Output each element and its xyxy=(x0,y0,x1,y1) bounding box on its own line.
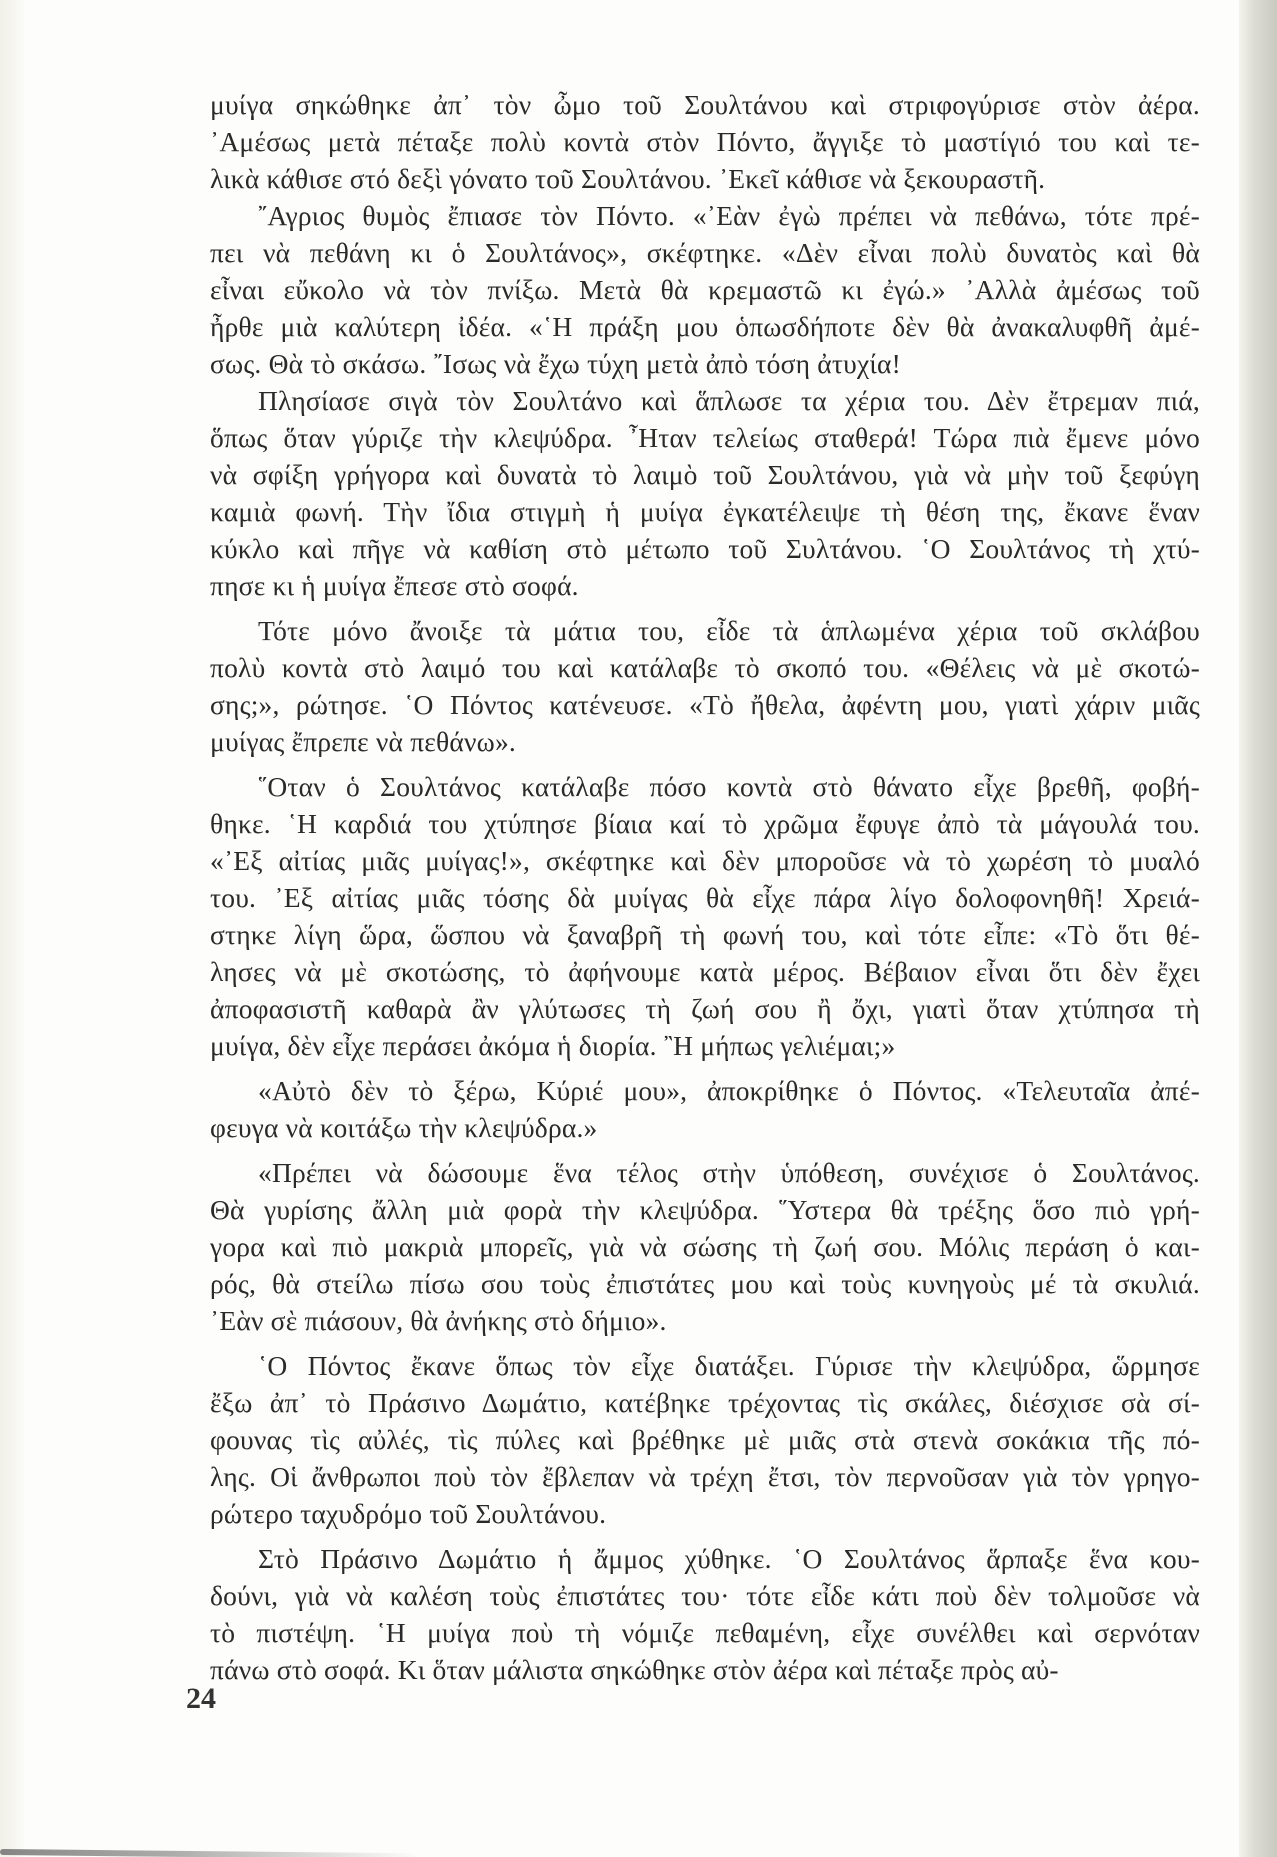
text-line: πολὺ κοντὰ στὸ λαιμό του καὶ κατάλαβε τὸ… xyxy=(210,649,1200,686)
text-line: ᾽Εὰν σὲ πιάσουν, θὰ ἀνήκης στὸ δήμιο». xyxy=(210,1302,1200,1339)
paragraph-gap xyxy=(210,1532,1200,1540)
text-line: ρός, θὰ στείλω πίσω σου τοὺς ἐπιστάτες μ… xyxy=(210,1265,1200,1302)
paragraph-gap xyxy=(210,604,1200,612)
text-line: ἀποφασιστῆ καθαρὰ ἂν γλύτωσες τὴ ζωή σου… xyxy=(210,990,1200,1027)
text-line: σως. Θὰ τὸ σκάσω. ῎Ισως νὰ ἔχω τύχη μετὰ… xyxy=(210,345,1200,382)
text-line: δούνι, γιὰ νὰ καλέση τοὺς ἐπιστάτες του·… xyxy=(210,1577,1200,1614)
text-line: φουνας τὶς αὐλές, τὶς πύλες καὶ βρέθηκε … xyxy=(210,1421,1200,1458)
text-line: ὅπως ὅταν γύριζε τὴν κλεψύδρα. ῏Ηταν τελ… xyxy=(210,419,1200,456)
paragraph: ῾Ο Πόντος ἔκανε ὅπως τὸν εἶχε διατάξει. … xyxy=(210,1347,1200,1532)
text-line: λης. Οἱ ἄνθρωποι ποὺ τὸν ἔβλεπαν νὰ τρέχ… xyxy=(210,1458,1200,1495)
paragraph: Πλησίασε σιγὰ τὸν Σουλτάνο καὶ ἅπλωσε τα… xyxy=(210,382,1200,604)
text-line: μυίγα, δὲν εἶχε περάσει ἀκόμα ἡ διορία. … xyxy=(210,1027,1200,1064)
paragraph: ῎Αγριος θυμὸς ἔπιασε τὸν Πόντο. «᾽Εὰν ἐγ… xyxy=(210,197,1200,382)
text-line: λικὰ κάθισε στό δεξὶ γόνατο τοῦ Σουλτάνο… xyxy=(210,160,1200,197)
paragraph-gap xyxy=(210,1146,1200,1154)
text-line: «Πρέπει νὰ δώσουμε ἕνα τέλος στὴν ὑπόθεσ… xyxy=(210,1154,1200,1191)
text-line: «᾽Εξ αἰτίας μιᾶς μυίγας!», σκέφτηκε καὶ … xyxy=(210,842,1200,879)
page-number: 24 xyxy=(186,1682,216,1716)
text-line: σης;», ρώτησε. ῾Ο Πόντος κατένευσε. «Τὸ … xyxy=(210,686,1200,723)
page-edge-right xyxy=(1239,0,1277,1857)
paragraph-gap xyxy=(210,760,1200,768)
paragraph: «Πρέπει νὰ δώσουμε ἕνα τέλος στὴν ὑπόθεσ… xyxy=(210,1154,1200,1339)
paragraph: ῞Οταν ὁ Σουλτάνος κατάλαβε πόσο κοντὰ στ… xyxy=(210,768,1200,1064)
scan-artifact xyxy=(0,1849,420,1857)
text-line: μυίγα σηκώθηκε ἀπ᾽ τὸν ὦμο τοῦ Σουλτάνου… xyxy=(210,86,1200,123)
text-line: ρώτερο ταχυδρόμο τοῦ Σουλτάνου. xyxy=(210,1495,1200,1532)
text-line: ῾Ο Πόντος ἔκανε ὅπως τὸν εἶχε διατάξει. … xyxy=(210,1347,1200,1384)
text-line: πάνω στὸ σοφά. Κι ὅταν μάλιστα σηκώθηκε … xyxy=(210,1651,1200,1688)
paragraph: «Αὐτὸ δὲν τὸ ξέρω, Κύριέ μου», ἀποκρίθηκ… xyxy=(210,1072,1200,1146)
text-line: μυίγας ἔπρεπε νὰ πεθάνω». xyxy=(210,723,1200,760)
text-line: θηκε. ῾Η καρδιά του χτύπησε βίαια καί τὸ… xyxy=(210,805,1200,842)
text-line: πησε κι ἡ μυίγα ἔπεσε στὸ σοφά. xyxy=(210,567,1200,604)
text-line: κύκλο καὶ πῆγε νὰ καθίση στὸ μέτωπο τοῦ … xyxy=(210,530,1200,567)
text-line: τὸ πιστέψη. ῾Η μυίγα ποὺ τὴ νόμιζε πεθαμ… xyxy=(210,1614,1200,1651)
text-line: ῞Οταν ὁ Σουλτάνος κατάλαβε πόσο κοντὰ στ… xyxy=(210,768,1200,805)
text-line: νὰ σφίξη γρήγορα καὶ δυνατὰ τὸ λαιμὸ τοῦ… xyxy=(210,456,1200,493)
text-line: ἔξω ἀπ᾽ τὸ Πράσινο Δωμάτιο, κατέβηκε τρέ… xyxy=(210,1384,1200,1421)
text-line: φευγα νὰ κοιτάξω τὴν κλεψύδρα.» xyxy=(210,1109,1200,1146)
text-line: πει νὰ πεθάνη κι ὁ Σουλτάνος», σκέφτηκε.… xyxy=(210,234,1200,271)
text-line: Στὸ Πράσινο Δωμάτιο ἡ ἄμμος χύθηκε. ῾Ο Σ… xyxy=(210,1540,1200,1577)
text-line: στηκε λίγη ὥρα, ὥσπου νὰ ξαναβρῆ τὴ φωνή… xyxy=(210,916,1200,953)
page-edge-left xyxy=(0,0,24,1857)
text-line: ῎Αγριος θυμὸς ἔπιασε τὸν Πόντο. «᾽Εὰν ἐγ… xyxy=(210,197,1200,234)
text-line: Τότε μόνο ἄνοιξε τὰ μάτια του, εἶδε τὰ ἁ… xyxy=(210,612,1200,649)
paragraph-gap xyxy=(210,1064,1200,1072)
text-line: γορα καὶ πιὸ μακριὰ μπορεῖς, γιὰ νὰ σώση… xyxy=(210,1228,1200,1265)
body-text: μυίγα σηκώθηκε ἀπ᾽ τὸν ὦμο τοῦ Σουλτάνου… xyxy=(210,86,1200,1688)
paragraph: μυίγα σηκώθηκε ἀπ᾽ τὸν ὦμο τοῦ Σουλτάνου… xyxy=(210,86,1200,197)
text-line: «Αὐτὸ δὲν τὸ ξέρω, Κύριέ μου», ἀποκρίθηκ… xyxy=(210,1072,1200,1109)
text-line: ἦρθε μιὰ καλύτερη ἰδέα. «῾Η πράξη μου ὁπ… xyxy=(210,308,1200,345)
text-line: λησες νὰ μὲ σκοτώσης, τὸ ἀφήνουμε κατὰ μ… xyxy=(210,953,1200,990)
text-line: εἶναι εὔκολο νὰ τὸν πνίξω. Μετὰ θὰ κρεμα… xyxy=(210,271,1200,308)
text-line: ᾽Αμέσως μετὰ πέταξε πολὺ κοντὰ στὸν Πόντ… xyxy=(210,123,1200,160)
text-line: Πλησίασε σιγὰ τὸν Σουλτάνο καὶ ἅπλωσε τα… xyxy=(210,382,1200,419)
paragraph: Στὸ Πράσινο Δωμάτιο ἡ ἄμμος χύθηκε. ῾Ο Σ… xyxy=(210,1540,1200,1688)
text-line: Θὰ γυρίσης ἄλλη μιὰ φορὰ τὴν κλεψύδρα. ῞… xyxy=(210,1191,1200,1228)
paragraph: Τότε μόνο ἄνοιξε τὰ μάτια του, εἶδε τὰ ἁ… xyxy=(210,612,1200,760)
text-line: καμιὰ φωνή. Τὴν ἴδια στιγμὴ ἡ μυίγα ἐγκα… xyxy=(210,493,1200,530)
paragraph-gap xyxy=(210,1339,1200,1347)
text-line: του. ᾽Εξ αἰτίας μιᾶς τόσης δὰ μυίγας θὰ … xyxy=(210,879,1200,916)
